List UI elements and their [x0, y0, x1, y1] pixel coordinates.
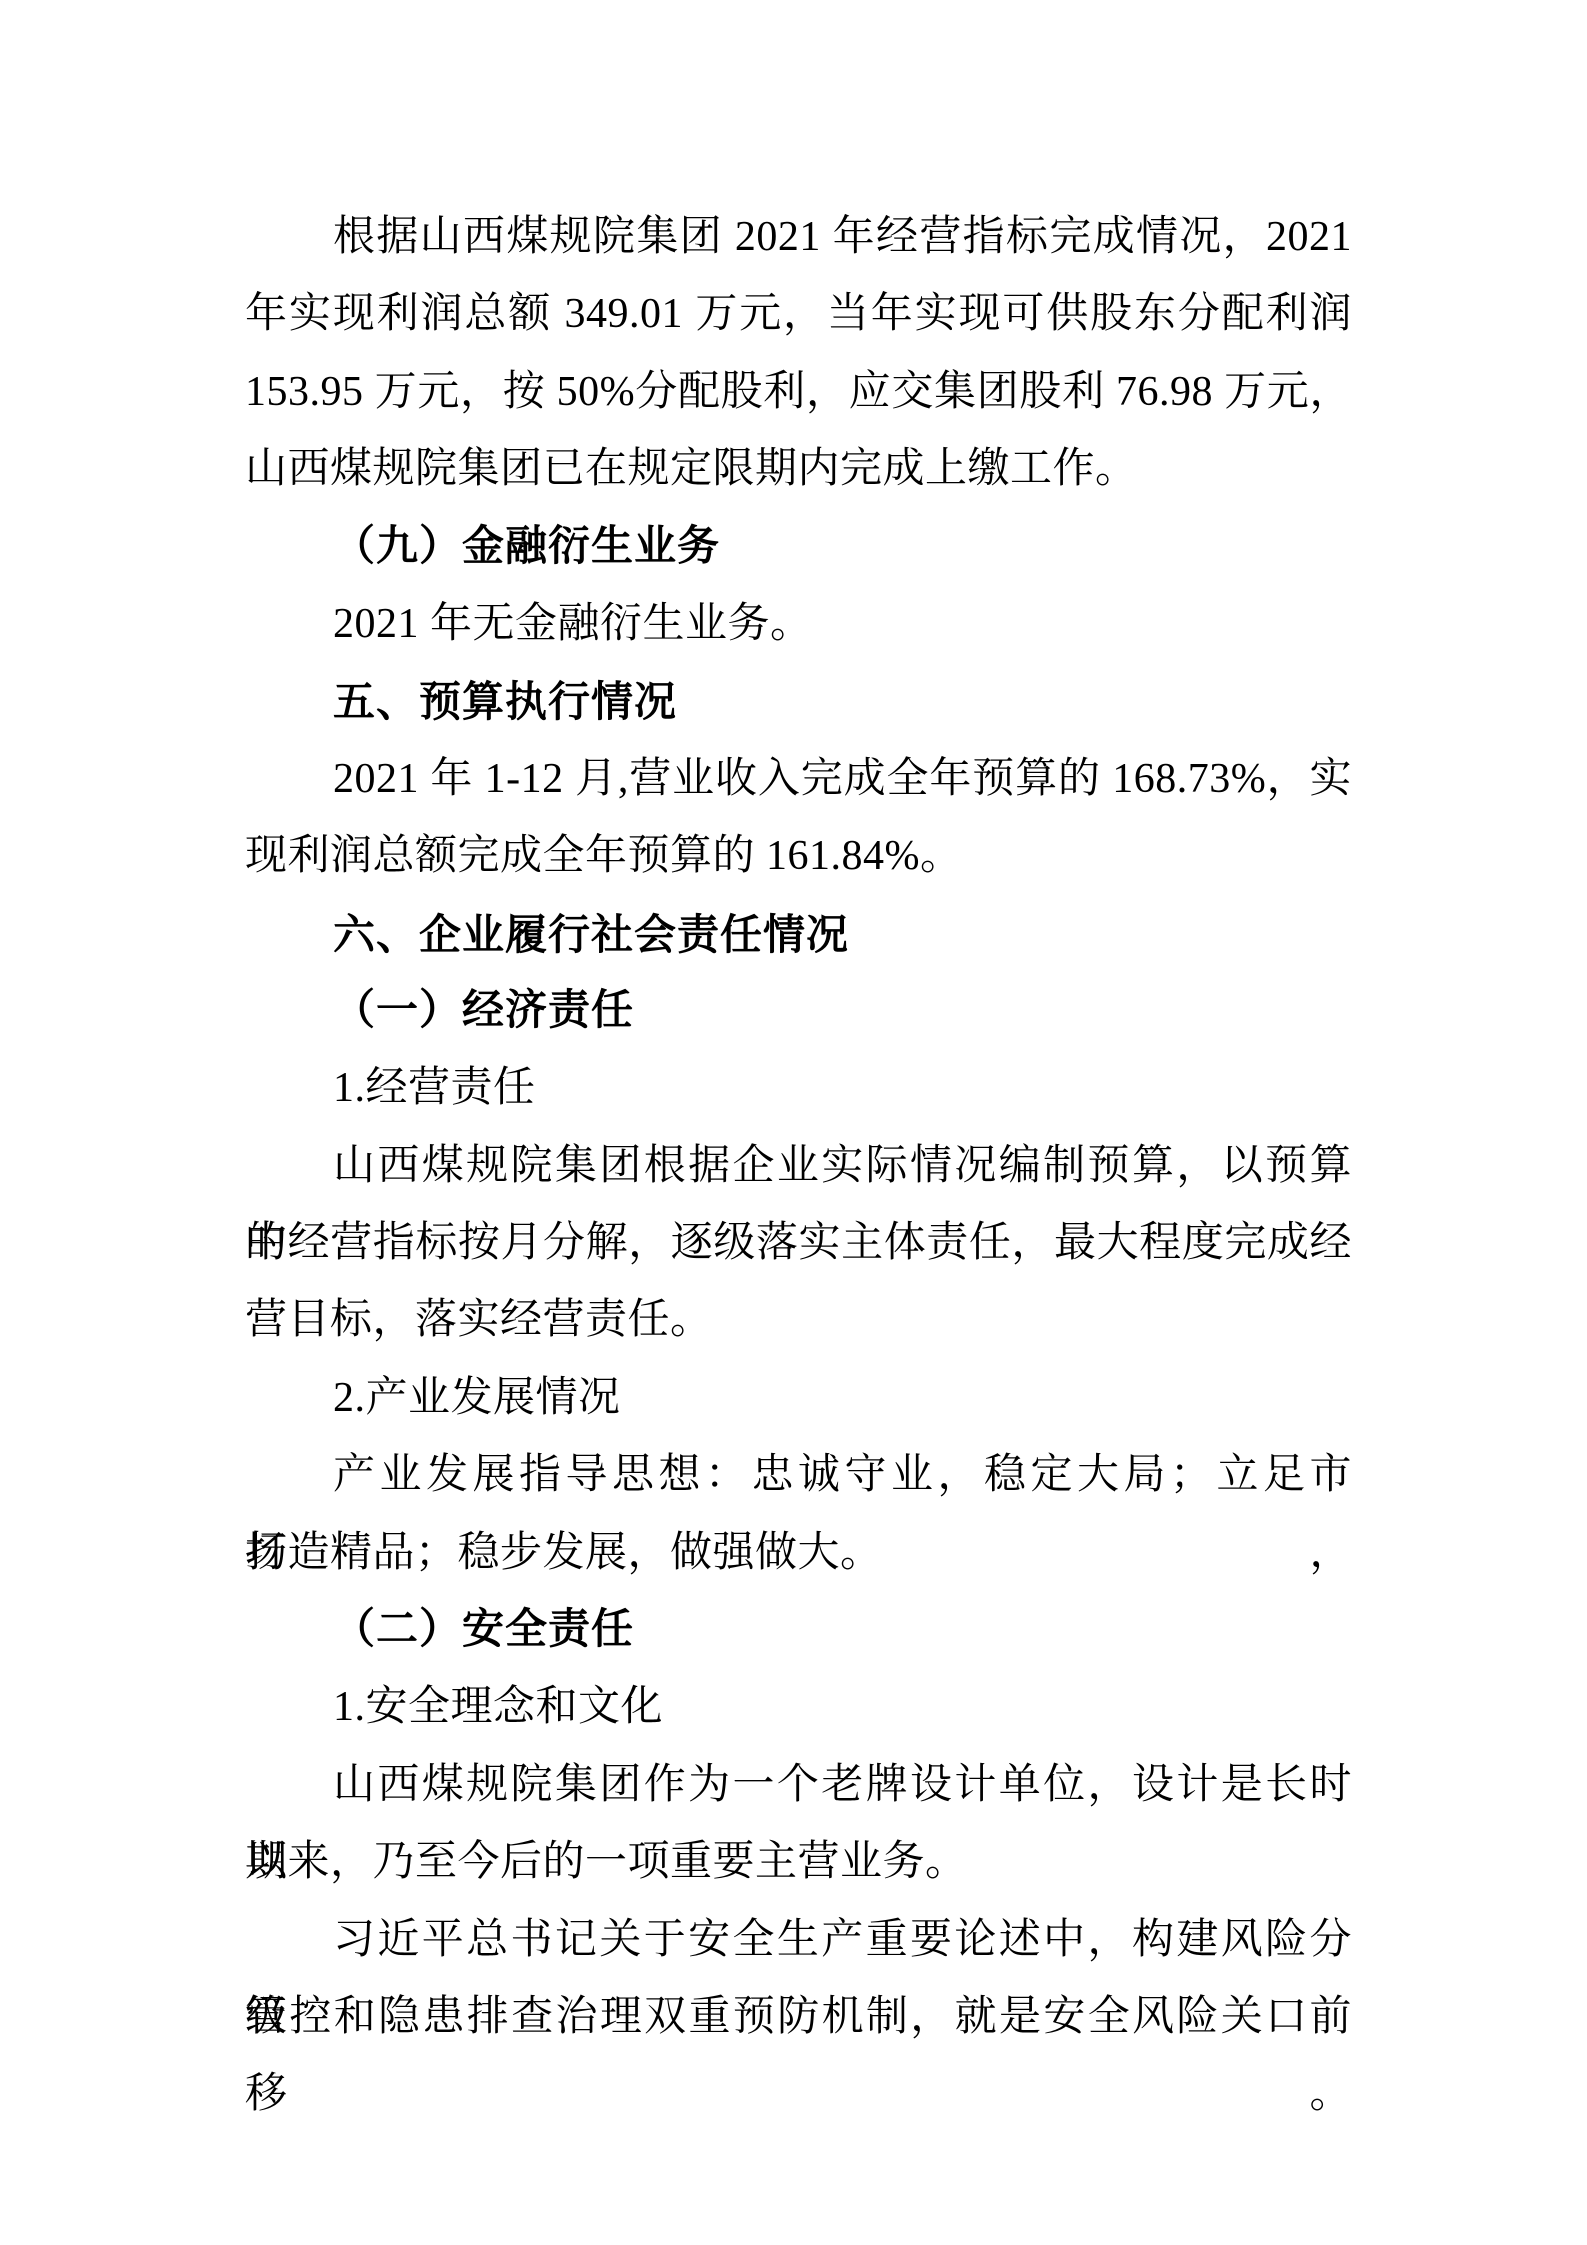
text-line: 1.经营责任: [245, 1050, 1352, 1127]
text-line: 153.95 万元，按 50%分配股利，应交集团股利 76.98 万元，: [245, 354, 1352, 431]
text-line: 山西煤规院集团作为一个老牌设计单位，设计是长时期: [245, 1747, 1352, 1824]
text-line: 习近平总书记关于安全生产重要论述中，构建风险分级: [245, 1902, 1352, 1979]
document-page: 根据山西煤规院集团 2021 年经营指标完成情况，2021年实现利润总额 349…: [0, 0, 1587, 2245]
text-line: 营目标，落实经营责任。: [245, 1282, 1352, 1359]
heading-line: （一）经济责任: [245, 973, 1352, 1050]
text-line: 的经营指标按月分解，逐级落实主体责任，最大程度完成经: [245, 1205, 1352, 1282]
heading-line: 五、预算执行情况: [245, 663, 1352, 740]
heading-line: 六、企业履行社会责任情况: [245, 896, 1352, 973]
text-line: 山西煤规院集团已在规定限期内完成上缴工作。: [245, 431, 1352, 508]
text-line: 2021 年 1-12 月,营业收入完成全年预算的 168.73%，实: [245, 741, 1352, 818]
text-line: 2021 年无金融衍生业务。: [245, 586, 1352, 663]
text-line: 1.安全理念和文化: [245, 1669, 1352, 1746]
text-line: 2.产业发展情况: [245, 1360, 1352, 1437]
document-content: 根据山西煤规院集团 2021 年经营指标完成情况，2021年实现利润总额 349…: [245, 199, 1352, 2056]
text-line: 年实现利润总额 349.01 万元，当年实现可供股东分配利润: [245, 276, 1352, 353]
text-line: 山西煤规院集团根据企业实际情况编制预算，以预算中: [245, 1128, 1352, 1205]
text-line: 管控和隐患排查治理双重预防机制，就是安全风险关口前移。: [245, 1979, 1352, 2056]
heading-line: （二）安全责任: [245, 1592, 1352, 1669]
text-line: 现利润总额完成全年预算的 161.84%。: [245, 818, 1352, 895]
text-line: 产业发展指导思想：忠诚守业，稳定大局；立足市场，: [245, 1437, 1352, 1514]
heading-line: （九）金融衍生业务: [245, 509, 1352, 586]
text-line: 根据山西煤规院集团 2021 年经营指标完成情况，2021: [245, 199, 1352, 276]
text-line: 以来，乃至今后的一项重要主营业务。: [245, 1824, 1352, 1901]
